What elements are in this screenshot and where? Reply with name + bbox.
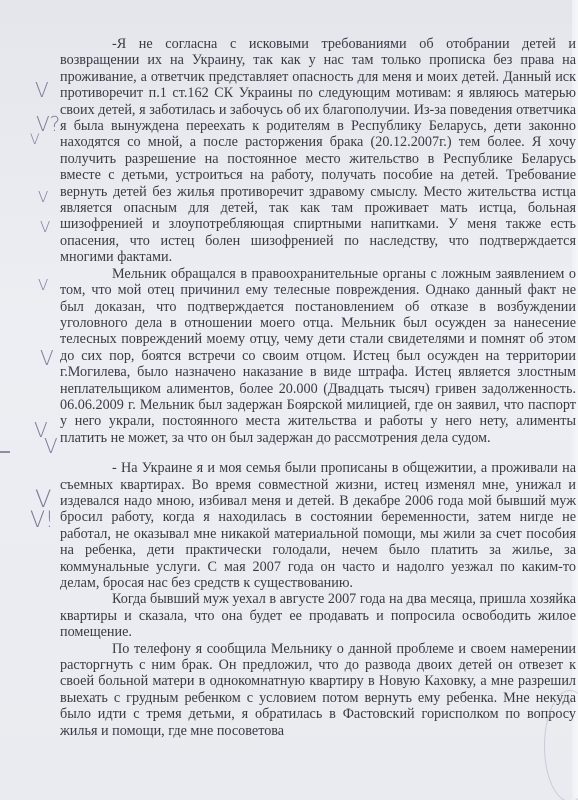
paragraph-life-in-ukraine: - На Украине я и моя семья были прописан… bbox=[60, 460, 576, 591]
margin-check-mark: V bbox=[44, 434, 58, 458]
document-body: -Я не согласна с исковыми требованиями о… bbox=[60, 36, 576, 739]
paragraph-custody-objection: -Я не согласна с исковыми требованиями о… bbox=[60, 36, 576, 266]
side-tick-mark bbox=[0, 451, 10, 453]
margin-check-mark: V bbox=[38, 188, 48, 206]
paragraph-melnik-false-claim: Мельник обращался в правоохранительные о… bbox=[60, 266, 576, 446]
margin-check-mark: V bbox=[35, 78, 49, 102]
paragraph-divorce-intent: По телефону я сообщила Мельнику о данной… bbox=[60, 641, 576, 739]
margin-check-mark: V bbox=[40, 346, 54, 370]
paragraph-apartment-eviction: Когда бывший муж уехал в августе 2007 го… bbox=[60, 591, 576, 640]
margin-check-exclamation-mark: V! bbox=[30, 508, 54, 533]
margin-check-mark: V bbox=[38, 276, 48, 294]
margin-check-mark: V bbox=[40, 218, 50, 236]
margin-check-mark: V bbox=[30, 132, 40, 148]
scanned-document-page: V V? V V V V V V V V V! -Я не согласна с… bbox=[0, 0, 578, 800]
